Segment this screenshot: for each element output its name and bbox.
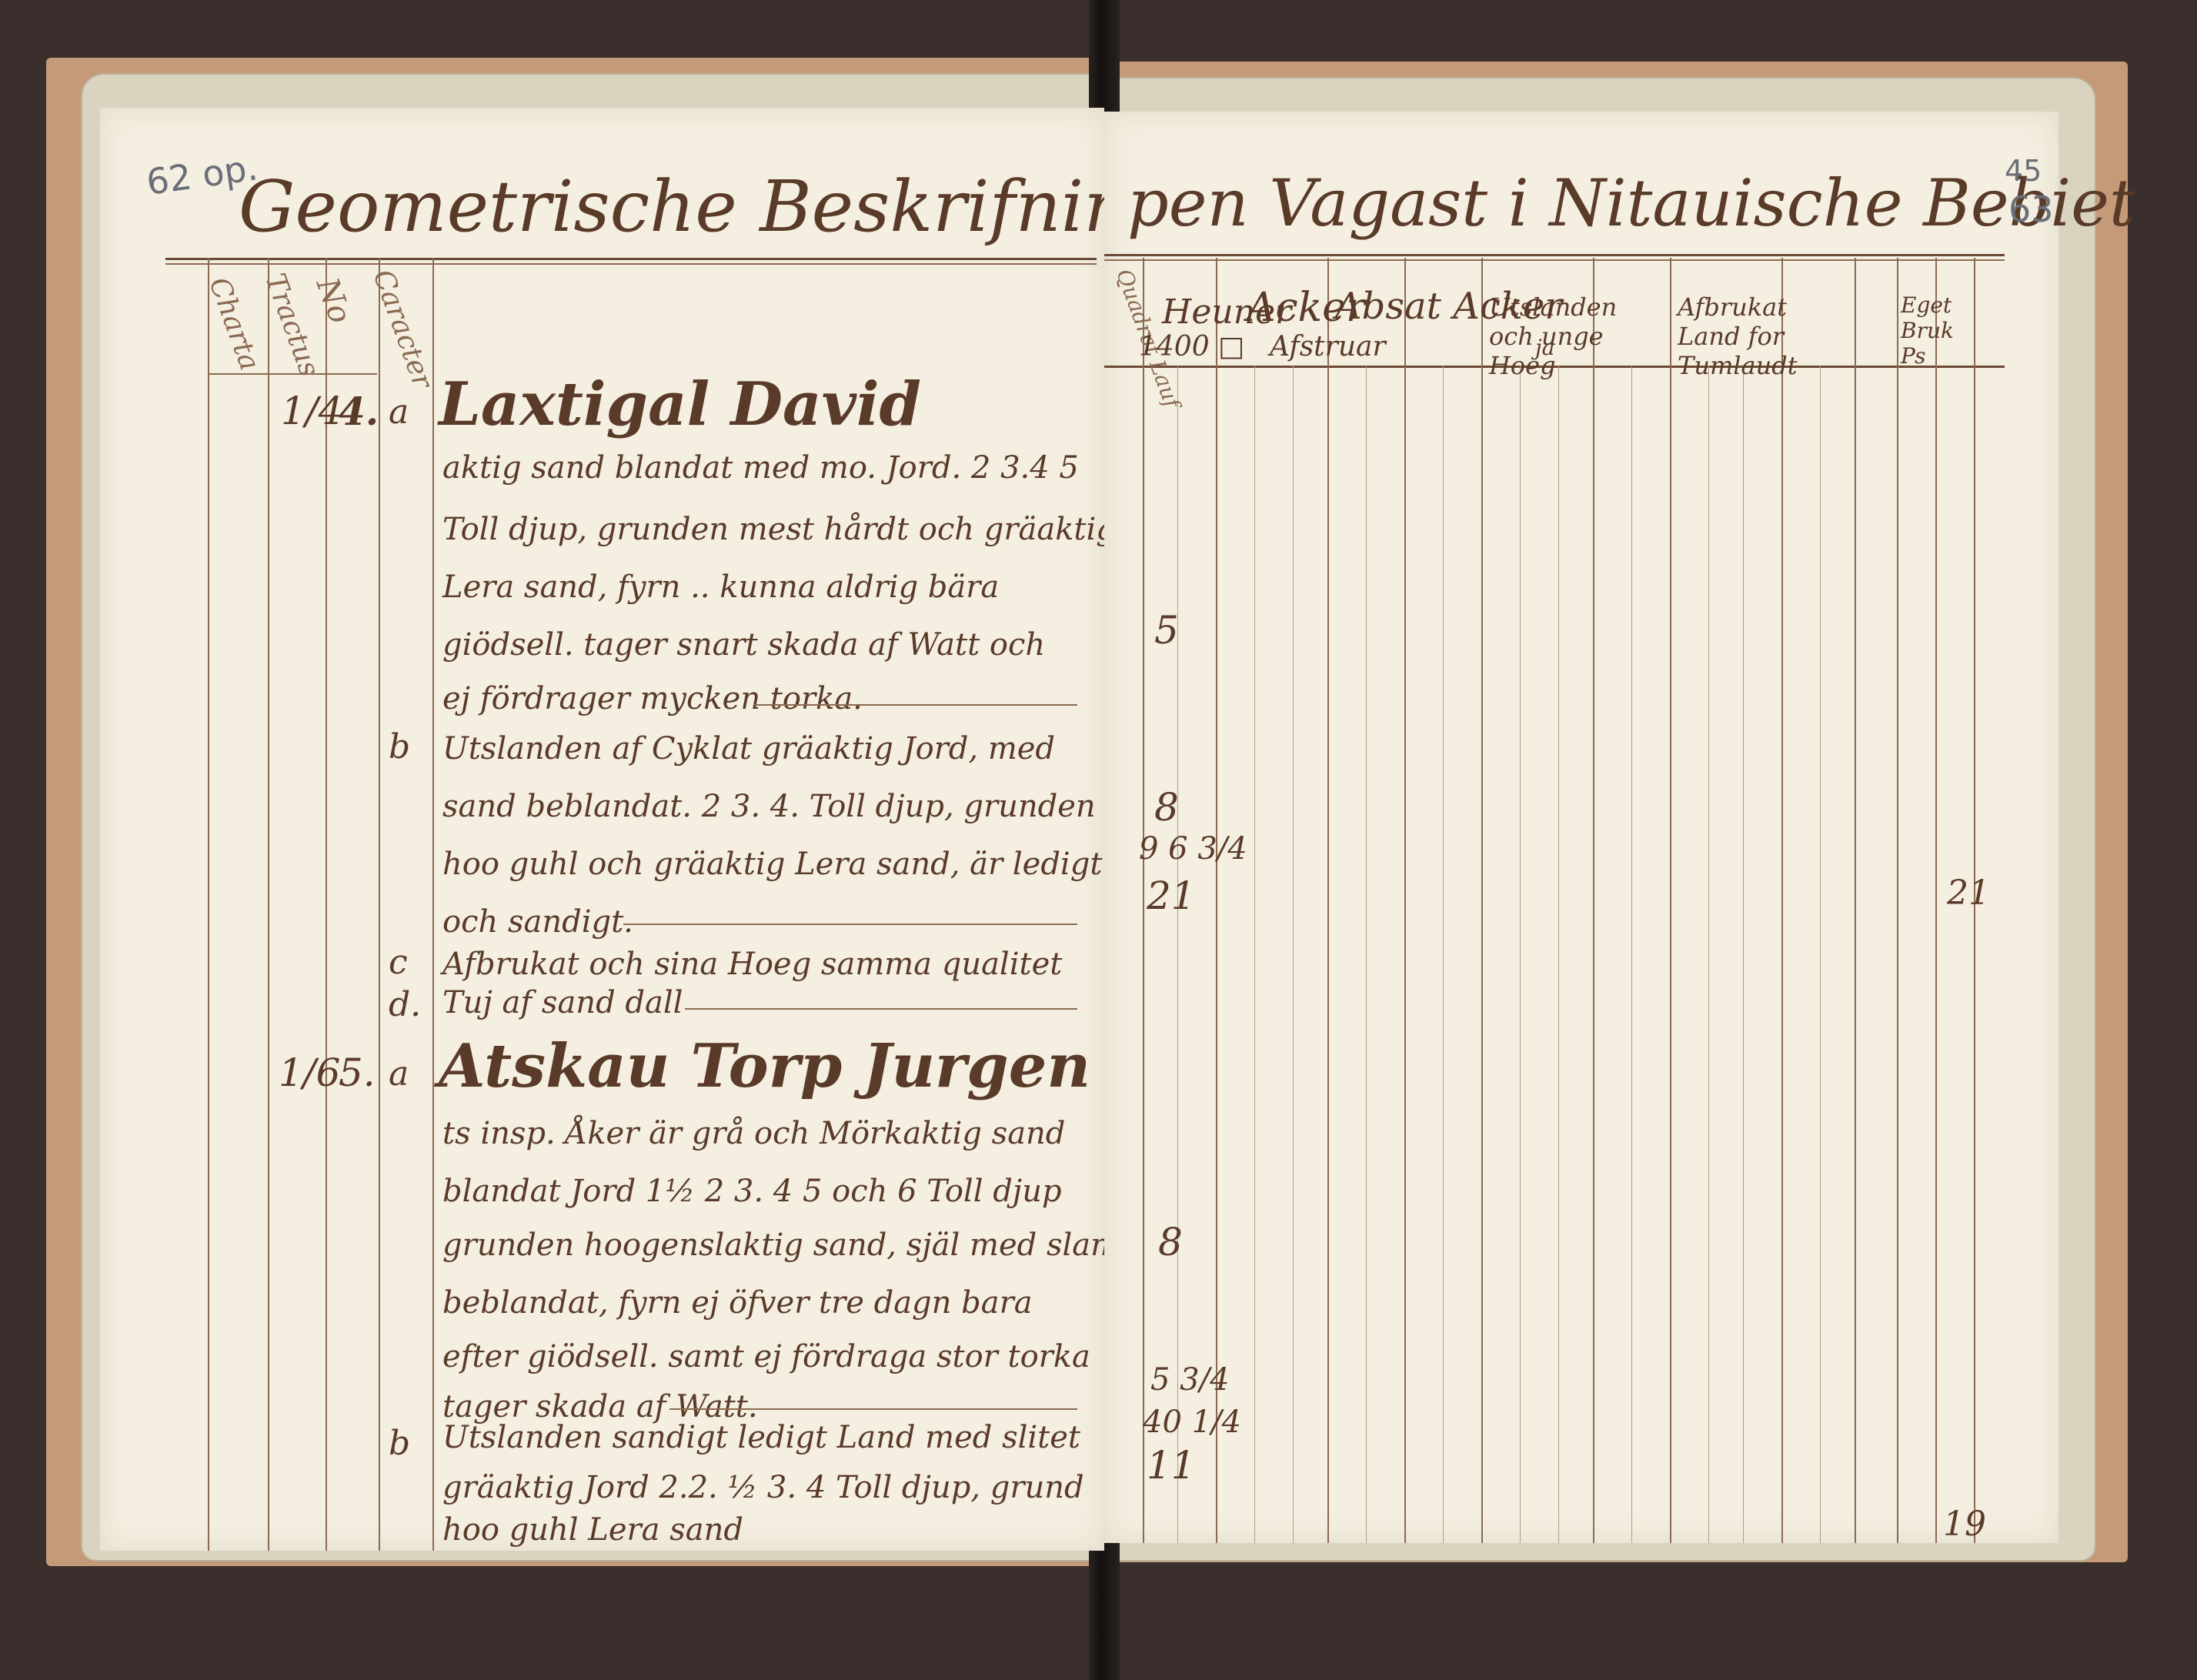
entry-line: grunden hoogenslaktig sand, själ med sla… xyxy=(442,1227,1120,1263)
column-header-eget-bruk: Eget Bruk Ps xyxy=(1901,292,1970,369)
right-page: pen Vagast i Nitauische Bebiet 45 63 Qua… xyxy=(1104,112,2058,1543)
entry-line: gräaktig Jord 2.2. ½ 3. 4 Toll djup, gru… xyxy=(442,1470,1084,1505)
entry-line: Lera sand, fyrn .. kunna aldrig bära xyxy=(442,569,999,605)
caracter-letter: a xyxy=(389,392,409,432)
entry-line: ts insp. Åker är grå och Mörkaktig sand xyxy=(442,1116,1065,1151)
line-filler xyxy=(685,1008,1077,1010)
subheader-acker: Afstruar xyxy=(1270,331,1386,362)
column-divider xyxy=(1481,258,1483,1543)
value-cell: 21 xyxy=(1947,873,1990,913)
sub-column-divider xyxy=(1708,366,1709,1543)
page-title-right: pen Vagast i Nitauische Bebiet xyxy=(1127,165,2135,241)
value-cell: 5 3/4 xyxy=(1150,1362,1230,1398)
sub-column-divider xyxy=(1820,366,1821,1543)
caracter-letter: c xyxy=(389,943,408,982)
caracter-letter: b xyxy=(389,1424,410,1463)
entry-line: Utslanden sandigt ledigt Land med slitet xyxy=(442,1420,1080,1455)
column-divider xyxy=(1216,258,1217,1543)
column-divider xyxy=(326,258,327,1551)
caracter-letter: b xyxy=(389,727,410,767)
value-cell: 11 xyxy=(1147,1443,1196,1488)
column-divider xyxy=(379,258,380,1551)
value-cell: 21 xyxy=(1147,873,1196,918)
entry-number: 5. xyxy=(339,1050,376,1095)
entry-line: hoo guhl och gräaktig Lera sand, är ledi… xyxy=(442,847,1102,882)
entry-line: blandat Jord 1½ 2 3. 4 5 och 6 Toll djup xyxy=(442,1174,1062,1209)
entry-line: giödsell. tager snart skada af Watt och xyxy=(442,627,1045,663)
entry-line: hoo guhl Lera sand xyxy=(442,1512,743,1548)
value-cell: 8 xyxy=(1154,785,1179,830)
sub-column-divider xyxy=(1254,366,1255,1543)
tractus-value: 1/4 xyxy=(281,389,342,433)
caracter-letter: d. xyxy=(389,985,421,1024)
header-rule-thin xyxy=(1104,259,2005,261)
entry-line: Afbrukat och sina Hoeg samma qualitet xyxy=(442,947,1062,982)
sub-column-divider xyxy=(1293,366,1294,1543)
sub-column-divider xyxy=(1558,366,1559,1543)
column-divider xyxy=(1935,258,1937,1543)
entry-line: Toll djup, grunden mest hårdt och gräakt… xyxy=(442,512,1116,547)
entry-line: beblandat, fyrn ej öfver tre dagn bara xyxy=(442,1285,1033,1321)
column-divider xyxy=(208,258,209,1551)
column-divider xyxy=(1897,258,1898,1543)
sub-column-divider xyxy=(1743,366,1744,1543)
sub-column-divider xyxy=(1520,366,1521,1543)
entry-line: efter giödsell. samt ej fördraga stor to… xyxy=(442,1339,1090,1374)
line-filler xyxy=(754,704,1077,706)
entry-line: ej fördrager mycken torka. xyxy=(442,681,863,716)
column-divider xyxy=(1781,258,1783,1543)
subheader-unit: ja xyxy=(1535,335,1554,360)
header-rule-thin xyxy=(165,263,1097,265)
sub-column-divider xyxy=(1631,366,1632,1543)
value-cell: 9 6 3/4 xyxy=(1139,831,1247,867)
column-divider xyxy=(1327,258,1329,1543)
value-cell: 40 1/4 xyxy=(1143,1404,1241,1440)
column-divider xyxy=(1855,258,1856,1543)
entry-line: Utslanden af Cyklat gräaktig Jord, med xyxy=(442,731,1055,767)
column-divider xyxy=(1670,258,1671,1543)
entry-line: sand beblandat. 2 3. 4. Toll djup, grund… xyxy=(442,789,1096,824)
column-header-caracter: Caracter xyxy=(366,266,439,392)
header-rule xyxy=(165,258,1097,260)
value-cell: 5 xyxy=(1154,608,1179,653)
entry-line: och sandigt. xyxy=(442,904,633,940)
folio-number-right: 63 xyxy=(2008,189,2054,230)
subheader-area: 1400 □ xyxy=(1139,331,1244,362)
entry-line: aktig sand blandat med mo. Jord. 2 3.4 5 xyxy=(442,450,1079,486)
sub-column-divider xyxy=(1443,366,1444,1543)
column-header-charta: Charta xyxy=(202,273,265,375)
value-cell: 8 xyxy=(1158,1220,1183,1264)
column-divider xyxy=(1143,258,1144,1543)
column-header-afbrukat: Afbrukat Land for Tumlaudt xyxy=(1678,292,1816,380)
column-divider xyxy=(432,258,434,1551)
line-filler xyxy=(669,1408,1077,1410)
sub-column-divider xyxy=(1366,366,1367,1543)
column-divider xyxy=(1404,258,1406,1543)
entry-number: 4. xyxy=(339,389,379,434)
folio-number-top: 45 xyxy=(2005,154,2042,188)
tractus-value: 1/6 xyxy=(279,1050,340,1095)
entry-name: Laxtigal David xyxy=(439,369,921,439)
column-header-no: No xyxy=(309,273,358,328)
column-header-utslanden: Utslanden och unge Hoeg xyxy=(1489,292,1651,380)
header-rule xyxy=(1104,254,2005,256)
value-cell: 19 xyxy=(1943,1505,1986,1544)
entry-line: Tuj af sand dall xyxy=(442,985,683,1020)
column-divider xyxy=(268,258,269,1551)
left-page: 62 op. Geometrische Beskrifning öfver Ka… xyxy=(100,108,1104,1551)
column-divider xyxy=(1593,258,1594,1543)
caracter-letter: a xyxy=(389,1054,409,1094)
line-filler xyxy=(623,923,1077,925)
